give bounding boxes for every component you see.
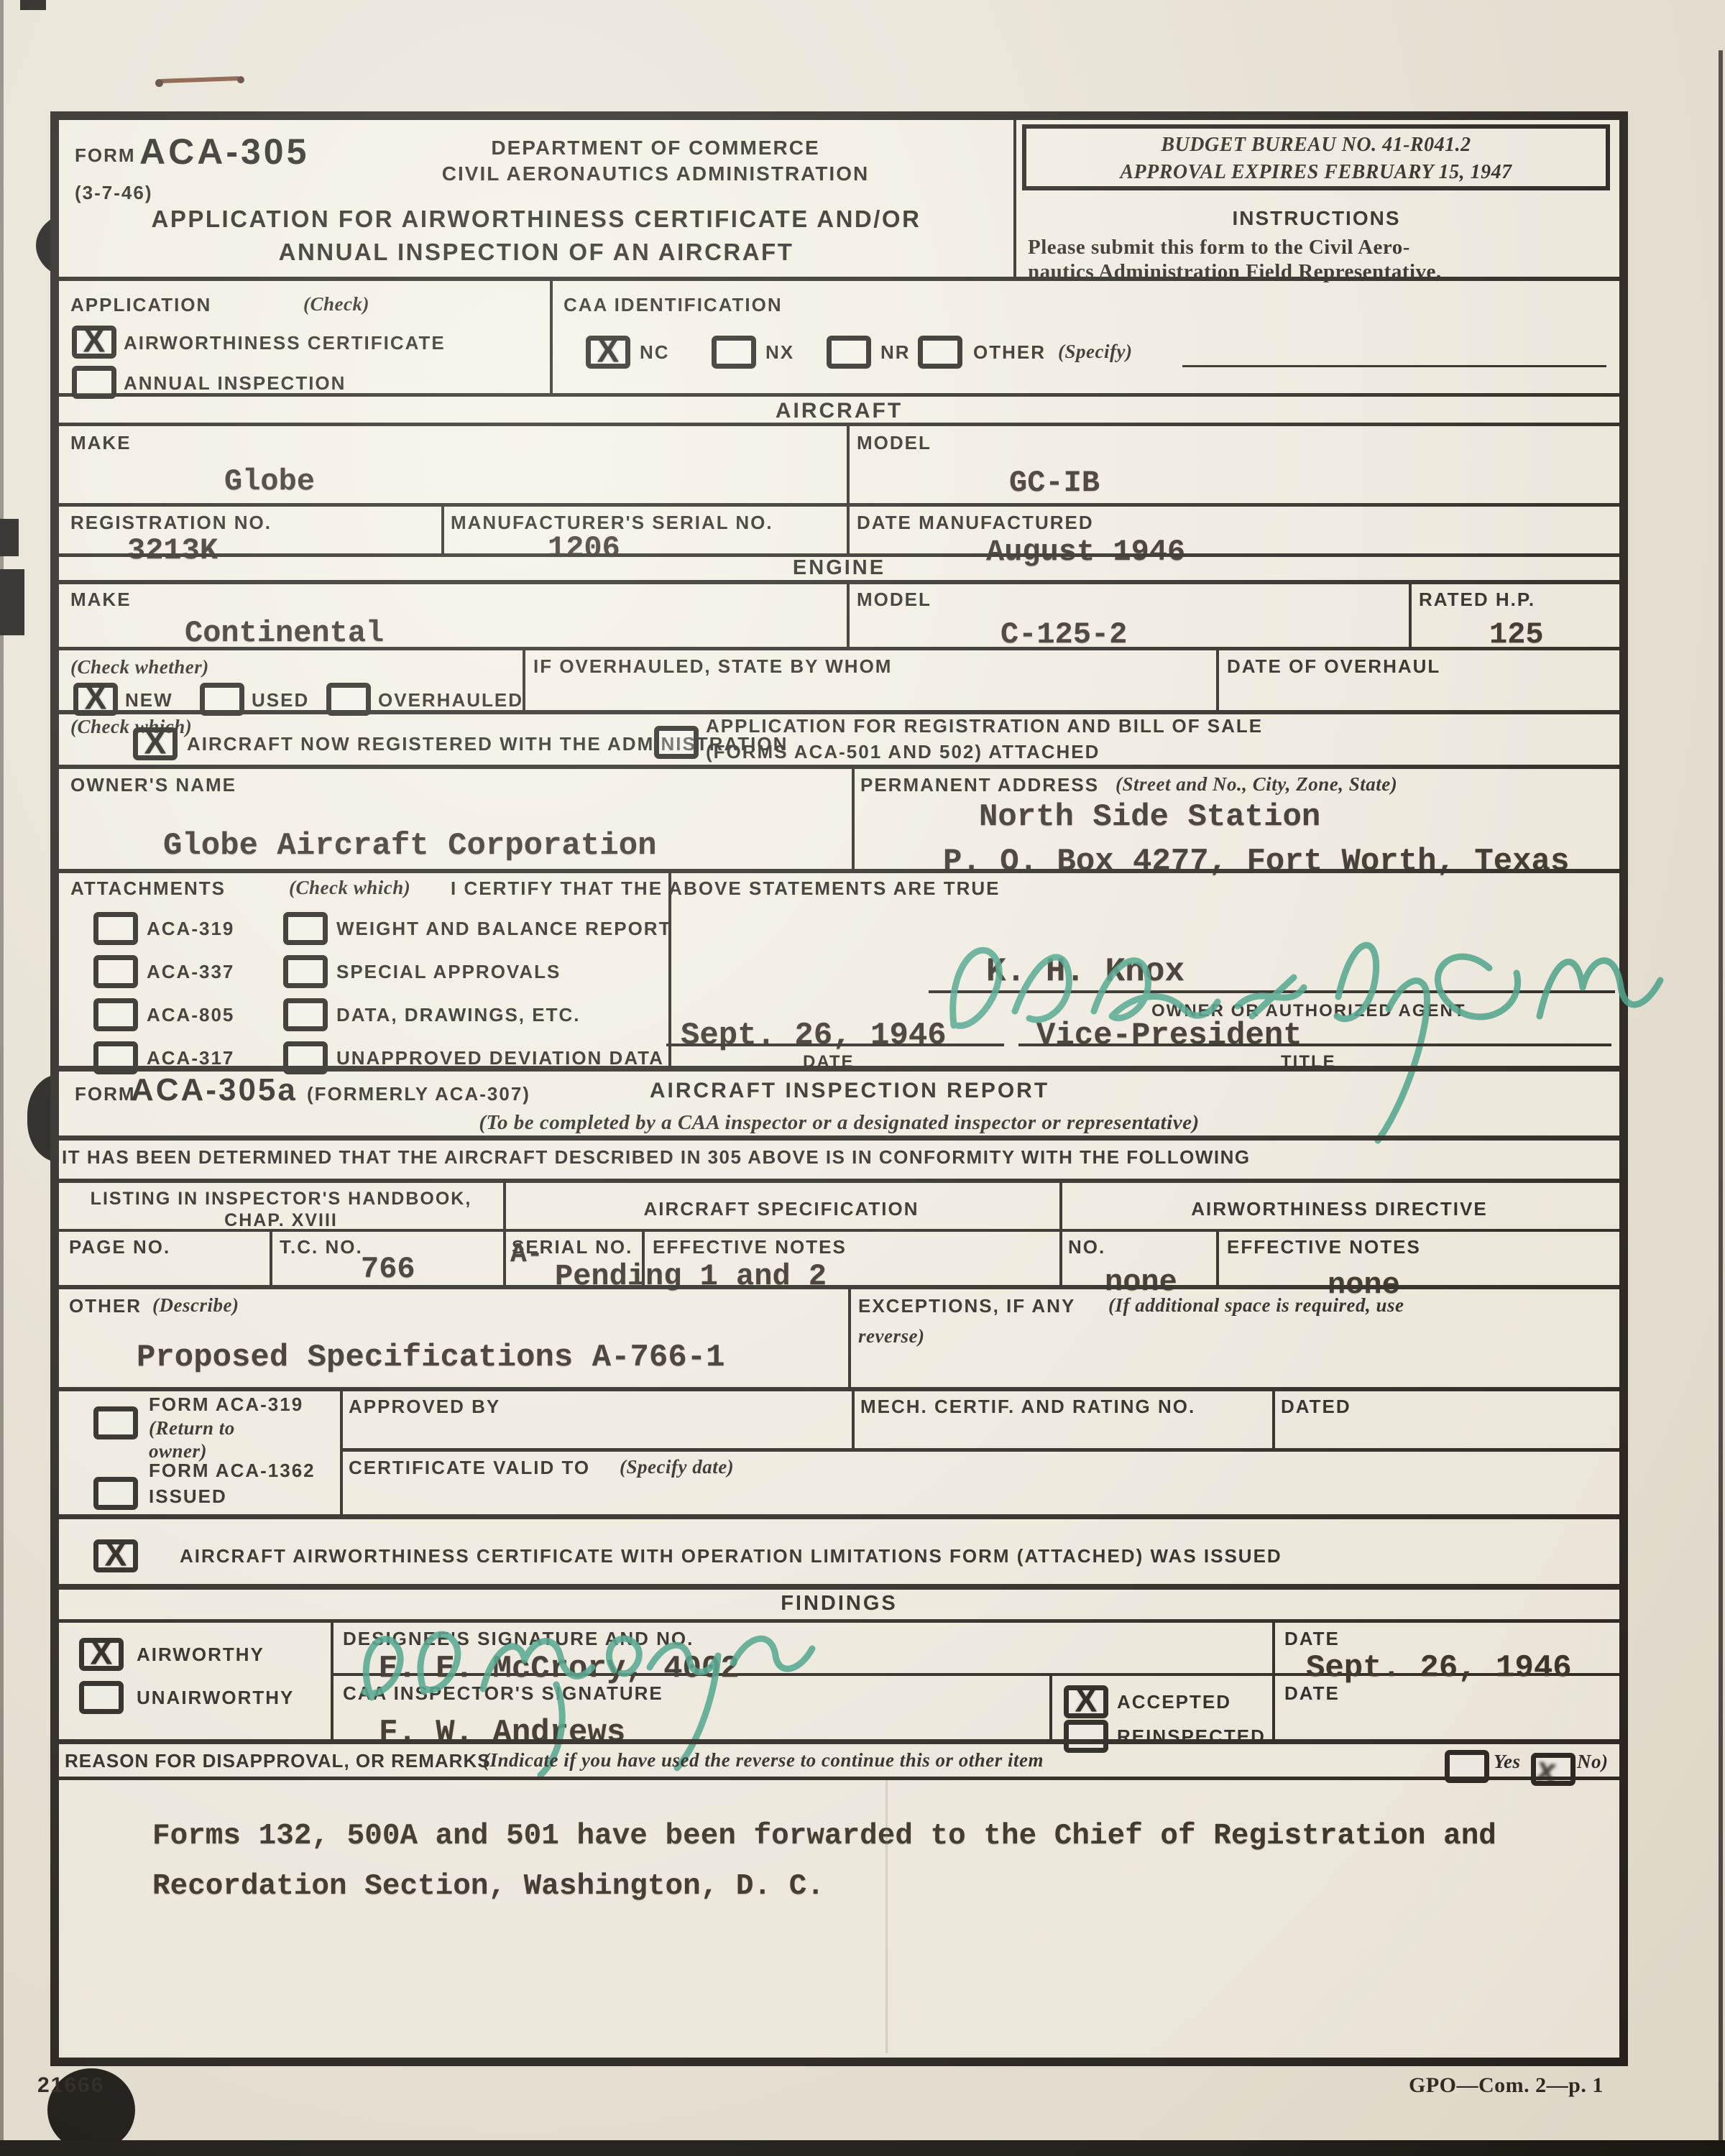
annual-inspection-label: ANNUAL INSPECTION — [124, 372, 346, 395]
remarks-body-line2[interactable]: Recordation Section, Washington, D. C. — [152, 1872, 824, 1902]
rated-hp-label: RATED H.P. — [1419, 589, 1535, 611]
form-title-line1: APPLICATION FOR AIRWORTHINESS CERTIFICAT… — [59, 205, 1013, 234]
nx-checkbox[interactable] — [712, 336, 756, 369]
determination-statement: IT HAS BEEN DETERMINED THAT THE AIRCRAFT… — [62, 1146, 1251, 1169]
divider — [59, 1777, 1619, 1780]
annual-inspection-checkbox[interactable] — [72, 366, 116, 399]
department-line: DEPARTMENT OF COMMERCE — [303, 136, 1008, 160]
cert-title-value: Vice-President — [1036, 1020, 1302, 1051]
aca-319-checkbox[interactable] — [93, 912, 138, 945]
scan-artifact — [0, 2140, 1725, 2156]
airworthiness-certificate-checkbox[interactable]: X — [72, 326, 116, 359]
findings-section-title: FINDINGS — [59, 1592, 1619, 1616]
form-revision-date: (3-7-46) — [75, 182, 152, 204]
other-describe-value[interactable]: Proposed Specifications A-766-1 — [137, 1342, 725, 1373]
owners-name-value[interactable]: Globe Aircraft Corporation — [163, 830, 657, 862]
remarks-body-line1[interactable]: Forms 132, 500A and 501 have been forwar… — [152, 1822, 1496, 1851]
divider — [59, 1387, 1619, 1391]
serial-no-value[interactable]: A- — [510, 1241, 543, 1268]
form-aca-1362-issued-label: ISSUED — [149, 1485, 227, 1508]
scan-artifact — [20, 0, 46, 10]
permanent-address-label: PERMANENT ADDRESS — [860, 774, 1099, 796]
scan-artifact — [0, 0, 4, 2156]
instructions-title: INSTRUCTIONS — [1013, 206, 1619, 231]
divider — [1049, 1673, 1052, 1739]
checkbox-x-mark: X — [1075, 1680, 1098, 1719]
date-of-overhaul-label: DATE OF OVERHAUL — [1227, 655, 1440, 678]
form-aca-319-label: FORM ACA-319 — [149, 1393, 303, 1416]
special-approvals-label: SPECIAL APPROVALS — [336, 961, 561, 983]
nr-label: NR — [880, 341, 911, 364]
engine-new-label: NEW — [125, 689, 173, 711]
airworthy-checkbox[interactable]: X — [79, 1638, 124, 1671]
data-drawings-label: DATA, DRAWINGS, ETC. — [336, 1004, 580, 1026]
exceptions-hint2: reverse) — [858, 1325, 924, 1347]
designee-signature-typed: E. E. McCrory, 4002 — [379, 1653, 740, 1685]
registration-application-checkbox[interactable] — [654, 726, 699, 759]
directive-no-value[interactable]: none — [1105, 1267, 1177, 1297]
divider — [847, 426, 850, 503]
airworthiness-issued-checkbox[interactable]: X — [93, 1539, 138, 1572]
divider — [59, 580, 1619, 584]
nc-checkbox[interactable]: X — [586, 336, 630, 369]
form-number: ACA-305 — [139, 130, 309, 173]
divider — [1013, 120, 1016, 277]
inspection-report-subtitle: (To be completed by a CAA inspector or a… — [59, 1110, 1619, 1135]
engine-used-label: USED — [252, 689, 309, 711]
cert-title-line[interactable] — [1018, 1044, 1611, 1046]
nr-checkbox[interactable] — [827, 336, 871, 369]
inspection-report-title: AIRCRAFT INSPECTION REPORT — [418, 1079, 1281, 1103]
aircraft-make-value[interactable]: Globe — [224, 466, 315, 497]
reverse-no-label: No) — [1577, 1750, 1609, 1773]
gpo-imprint: GPO—Com. 2—p. 1 — [1409, 2071, 1604, 2101]
permanent-address-hint: (Street and No., City, Zone, State) — [1115, 773, 1397, 796]
attachments-hint: (Check which) — [289, 876, 410, 899]
aircraft-model-label: MODEL — [857, 432, 931, 454]
aircraft-spec-header: AIRCRAFT SPECIFICATION — [503, 1198, 1059, 1220]
attachments-label: ATTACHMENTS — [70, 877, 226, 900]
dated-label: DATED — [1281, 1396, 1351, 1418]
certificate-valid-to-label: CERTIFICATE VALID TO — [349, 1457, 590, 1479]
engine-make-value[interactable]: Continental — [185, 618, 384, 648]
certificate-valid-to-hint: (Specify date) — [620, 1455, 734, 1478]
reverse-no-checkbox[interactable]: x — [1531, 1753, 1575, 1786]
nx-label: NX — [765, 341, 794, 364]
registration-no-label: REGISTRATION NO. — [70, 512, 272, 534]
scan-artifact — [0, 569, 24, 635]
unairworthy-checkbox[interactable] — [79, 1681, 124, 1714]
staple-mark — [237, 76, 244, 83]
reason-remarks-hint: (Indicate if you have used the reverse t… — [483, 1749, 1044, 1772]
owner-signature-line[interactable] — [929, 990, 1615, 993]
engine-section-title: ENGINE — [59, 556, 1619, 580]
other-id-entry-line[interactable] — [1182, 365, 1606, 367]
checkbox-x-mark: X — [105, 1534, 127, 1573]
registration-application-line1: APPLICATION FOR REGISTRATION AND BILL OF… — [706, 715, 1263, 737]
divider — [59, 1179, 1619, 1183]
aca-319-label: ACA-319 — [147, 918, 234, 940]
aca-337-label: ACA-337 — [147, 961, 234, 983]
aca-805-label: ACA-805 — [147, 1004, 234, 1026]
cert-date-line[interactable] — [666, 1044, 1004, 1046]
owner-signature-typed: K. H. Knox — [986, 955, 1184, 988]
findings-date1-label: DATE — [1284, 1628, 1340, 1650]
airworthiness-certificate-label: AIRWORTHINESS CERTIFICATE — [124, 332, 446, 354]
divider — [848, 1289, 851, 1387]
divider — [59, 765, 1619, 769]
caa-inspector-signature-label: CAA INSPECTOR'S SIGNATURE — [343, 1682, 663, 1705]
aircraft-model-value[interactable]: GC-IB — [1009, 468, 1100, 498]
tc-no-value[interactable]: 766 — [361, 1254, 415, 1284]
divider — [1409, 584, 1412, 647]
findings-date1-value: Sept. 26, 1946 — [1306, 1652, 1572, 1684]
divider — [550, 281, 553, 393]
divider — [852, 769, 855, 869]
divider — [59, 423, 1619, 426]
form-label: FORM — [75, 144, 136, 167]
nc-label: NC — [640, 341, 670, 364]
tc-no-label: T.C. NO. — [280, 1236, 363, 1258]
divider — [852, 1391, 855, 1448]
check-whether-hint: (Check whether) — [70, 655, 209, 678]
airworthiness-directive-header: AIRWORTHINESS DIRECTIVE — [1059, 1198, 1619, 1220]
divider — [59, 503, 1619, 507]
form-305a-number: ACA-305a — [131, 1072, 298, 1110]
staple-mark — [155, 79, 163, 87]
directive-notes-label: EFFECTIVE NOTES — [1227, 1236, 1421, 1258]
divider — [847, 507, 850, 553]
reinspected-label: REINSPECTED — [1117, 1726, 1266, 1748]
directive-no-label: NO. — [1068, 1236, 1105, 1258]
divider — [59, 1229, 1619, 1232]
divider — [1272, 1623, 1275, 1739]
divider — [59, 647, 1619, 650]
aca-337-checkbox[interactable] — [93, 955, 138, 988]
certify-statement: I CERTIFY THAT THE ABOVE STATEMENTS ARE … — [451, 877, 1000, 900]
divider — [340, 1448, 1619, 1452]
rated-hp-value[interactable]: 125 — [1489, 619, 1544, 650]
form-title-line2: ANNUAL INSPECTION OF AN AIRCRAFT — [59, 238, 1013, 267]
engine-model-label: MODEL — [857, 589, 931, 611]
engine-model-value[interactable]: C-125-2 — [1000, 619, 1127, 650]
budget-bureau-line2: APPROVAL EXPIRES FEBRUARY 15, 1947 — [1022, 160, 1610, 185]
other-id-hint: (Specify) — [1058, 340, 1132, 363]
owners-name-label: OWNER'S NAME — [70, 774, 236, 796]
scan-artifact — [0, 519, 19, 556]
effective-notes-label: EFFECTIVE NOTES — [653, 1236, 847, 1258]
address-line1-value[interactable]: North Side Station — [979, 801, 1320, 833]
divider — [1216, 650, 1219, 710]
page-no-label: PAGE NO. — [69, 1236, 170, 1258]
weight-balance-label: WEIGHT AND BALANCE REPORT — [336, 918, 671, 940]
airworthy-label: AIRWORTHY — [137, 1644, 264, 1666]
form-aca-1362-checkbox[interactable] — [93, 1477, 138, 1510]
application-label: APPLICATION — [70, 294, 211, 316]
form-aca-1362-label: FORM ACA-1362 — [149, 1460, 316, 1482]
divider — [59, 1285, 1619, 1289]
airworthiness-issued-label: AIRCRAFT AIRWORTHINESS CERTIFICATE WITH … — [180, 1545, 1282, 1567]
exceptions-hint1: (If additional space is required, use — [1108, 1294, 1404, 1317]
other-id-label: OTHER — [973, 341, 1046, 364]
divider — [59, 1066, 1619, 1072]
instructions-line2: nautics Administration Field Representat… — [1028, 258, 1442, 286]
reason-remarks-label: REASON FOR DISAPPROVAL, OR REMARKS — [65, 1750, 491, 1772]
engine-overhauled-label: OVERHAULED — [378, 689, 523, 711]
form-305a-label: FORM — [75, 1083, 136, 1105]
special-approvals-checkbox[interactable] — [283, 955, 328, 988]
cert-date-value: Sept. 26, 1946 — [681, 1020, 947, 1051]
checkbox-x-mark: X — [91, 1633, 113, 1672]
mech-certif-label: MECH. CERTIF. AND RATING NO. — [860, 1396, 1195, 1418]
divider — [59, 1135, 1619, 1141]
divider — [59, 1739, 1619, 1744]
date-manufactured-label: DATE MANUFACTURED — [857, 512, 1094, 534]
data-drawings-checkbox[interactable] — [283, 998, 328, 1031]
other-describe-hint: (Describe) — [152, 1294, 239, 1317]
divider — [668, 873, 671, 1066]
overhauled-by-whom-label: IF OVERHAULED, STATE BY WHOM — [533, 655, 892, 678]
aca-805-checkbox[interactable] — [93, 998, 138, 1031]
engine-make-label: MAKE — [70, 589, 132, 611]
divider — [59, 710, 1619, 714]
checkbox-x-mark: X — [597, 331, 620, 369]
registration-application-line2: (FORMS ACA-501 AND 502) ATTACHED — [706, 741, 1100, 763]
reverse-yes-label: Yes — [1494, 1750, 1521, 1773]
divider — [59, 869, 1619, 873]
divider — [340, 1391, 343, 1514]
exceptions-label: EXCEPTIONS, IF ANY — [858, 1295, 1075, 1317]
divider — [331, 1623, 333, 1739]
caa-identification-label: CAA IDENTIFICATION — [563, 294, 783, 316]
staple-mark — [160, 76, 240, 83]
application-hint: (Check) — [303, 292, 369, 315]
unairworthy-label: UNAIRWORTHY — [137, 1687, 294, 1709]
scan-artifact — [1719, 50, 1723, 2142]
registered-checkbox[interactable]: X — [133, 727, 178, 760]
plate-number: 21666 — [37, 2073, 104, 2099]
budget-bureau-line1: BUDGET BUREAU NO. 41-R041.2 — [1022, 133, 1610, 157]
divider — [1216, 1229, 1219, 1285]
divider — [441, 507, 444, 553]
accepted-checkbox[interactable]: X — [1064, 1685, 1108, 1718]
reinspected-checkbox[interactable] — [1064, 1720, 1108, 1753]
approved-by-label: APPROVED BY — [349, 1396, 500, 1418]
scanned-form-page: 21666 GPO—Com. 2—p. 1 FORM ACA-305 (3-7-… — [0, 0, 1725, 2156]
form-aca-319-hint1: (Return to — [149, 1416, 235, 1439]
divider — [59, 1514, 1619, 1519]
divider — [847, 584, 850, 647]
form-aca-305: FORM ACA-305 (3-7-46) DEPARTMENT OF COMM… — [50, 111, 1628, 2066]
designee-signature-label: DESIGNEE'S SIGNATURE AND NO. — [343, 1628, 694, 1650]
other-describe-label: OTHER — [69, 1295, 142, 1317]
checkbox-x-mark: X — [83, 321, 106, 359]
divider — [1272, 1391, 1275, 1448]
accepted-label: ACCEPTED — [1117, 1691, 1231, 1713]
listing-header-line2: CHAP. XVIII — [59, 1210, 503, 1231]
divider — [59, 1584, 1619, 1590]
listing-header-line1: LISTING IN INSPECTOR'S HANDBOOK, — [59, 1188, 503, 1210]
form-aca-319-return-checkbox[interactable] — [93, 1406, 138, 1439]
aircraft-section-title: AIRCRAFT — [59, 399, 1619, 423]
weight-balance-checkbox[interactable] — [283, 912, 328, 945]
checkbox-x-mark: X — [144, 722, 167, 761]
divider — [59, 1619, 1619, 1623]
aircraft-make-label: MAKE — [70, 432, 132, 454]
findings-date2-label: DATE — [1284, 1682, 1340, 1705]
divider — [270, 1229, 272, 1285]
administration-line: CIVIL AERONAUTICS ADMINISTRATION — [303, 162, 1008, 186]
checkbox-smudge-mark: x — [1535, 1749, 1560, 1790]
scan-fold-line — [885, 1780, 888, 2053]
other-id-checkbox[interactable] — [918, 336, 962, 369]
